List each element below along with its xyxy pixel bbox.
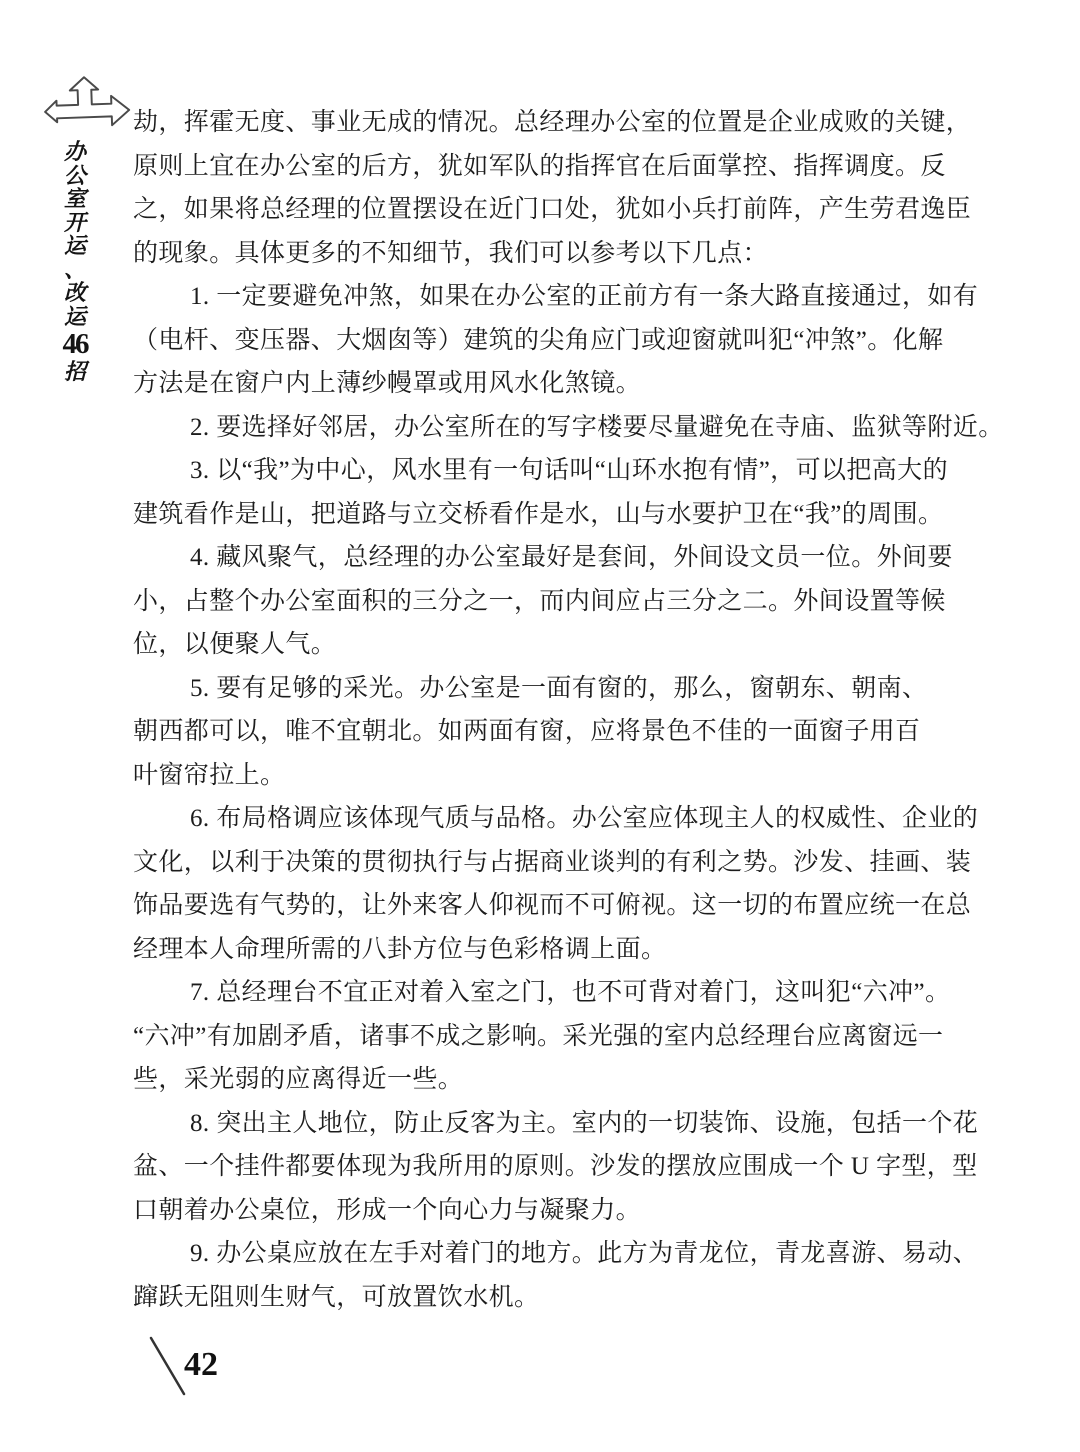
intro-paragraph: 劫，挥霍无度、事业无成的情况。总经理办公室的位置是企业成败的关键，原则上宜在办公… (133, 101, 973, 275)
vchar: 运 (64, 235, 86, 258)
text-line: 原则上宜在办公室的后方，犹如军队的指挥官在后面掌控、指挥调度。反 (133, 145, 973, 189)
text-line: 劫，挥霍无度、事业无成的情况。总经理办公室的位置是企业成败的关键， (133, 101, 973, 145)
text-line: 经理本人命理所需的八卦方位与色彩格调上面。 (133, 928, 973, 972)
vchar: 、 (64, 259, 86, 282)
list-item-3: 3. 以“我”为中心，风水里有一句话叫“山环水抱有情”，可以把高大的建筑看作是山… (133, 449, 973, 536)
text-line: 口朝着办公桌位，形成一个向心力与凝聚力。 (133, 1189, 973, 1233)
list-item-2: 2. 要选择好邻居，办公室所在的写字楼要尽量避免在寺庙、监狱等附近。 (133, 406, 973, 450)
list-item-4: 4. 藏风聚气，总经理的办公室最好是套间，外间设文员一位。外间要小，占整个办公室… (133, 536, 973, 667)
text-line: 1. 一定要避免冲煞，如果在办公室的正前方有一条大路直接通过，如有 (133, 275, 973, 319)
vchar: 公 (64, 165, 86, 188)
text-line: 之，如果将总经理的位置摆设在近门口处，犹如小兵打前阵，产生劳君逸臣 (133, 188, 973, 232)
text-line: 3. 以“我”为中心，风水里有一句话叫“山环水抱有情”，可以把高大的 (133, 449, 973, 493)
text-line: 饰品要选有气势的，让外来客人仰视而不可俯视。这一切的布置应统一在总 (133, 884, 973, 928)
text-line: 方法是在窗户内上薄纱幔罩或用风水化煞镜。 (133, 362, 973, 406)
vchar: 46 (63, 329, 88, 360)
text-line: 文化，以利于决策的贯彻执行与占据商业谈判的有利之势。沙发、挂画、装 (133, 841, 973, 885)
three-way-arrow-icon (43, 75, 131, 139)
list-item-9: 9. 办公桌应放在左手对着门的地方。此方为青龙位，青龙喜游、易动、蹿跃无阻则生财… (133, 1232, 973, 1319)
list-item-5: 5. 要有足够的采光。办公室是一面有窗的，那么，窗朝东、朝南、朝西都可以，唯不宜… (133, 667, 973, 798)
text-line: 位，以便聚人气。 (133, 623, 973, 667)
vchar: 招 (64, 361, 86, 384)
page-number: 42 (184, 1346, 218, 1384)
text-line: 蹿跃无阻则生财气，可放置饮水机。 (133, 1276, 973, 1320)
text-line: 些，采光弱的应离得近一些。 (133, 1058, 973, 1102)
vchar: 办 (64, 141, 86, 164)
vchar: 室 (64, 188, 86, 211)
text-line: 2. 要选择好邻居，办公室所在的写字楼要尽量避免在寺庙、监狱等附近。 (133, 406, 973, 450)
text-line: 8. 突出主人地位，防止反客为主。室内的一切装饰、设施，包括一个花 (133, 1102, 973, 1146)
text-line: “六冲”有加剧矛盾，诸事不成之影响。采光强的室内总经理台应离窗远一 (133, 1015, 973, 1059)
text-line: 7. 总经理台不宜正对着入室之门，也不可背对着门，这叫犯“六冲”。 (133, 971, 973, 1015)
book-title-vertical: 办公室开运、改运46招 (50, 141, 100, 384)
vchar: 开 (64, 212, 86, 235)
text-line: 朝西都可以，唯不宜朝北。如两面有窗，应将景色不佳的一面窗子用百 (133, 710, 973, 754)
list-item-7: 7. 总经理台不宜正对着入室之门，也不可背对着门，这叫犯“六冲”。“六冲”有加剧… (133, 971, 973, 1102)
list-item-8: 8. 突出主人地位，防止反客为主。室内的一切装饰、设施，包括一个花盆、一个挂件都… (133, 1102, 973, 1233)
text-line: 叶窗帘拉上。 (133, 754, 973, 798)
text-line: （电杆、变压器、大烟囱等）建筑的尖角应门或迎窗就叫犯“冲煞”。化解 (133, 319, 973, 363)
text-line: 5. 要有足够的采光。办公室是一面有窗的，那么，窗朝东、朝南、 (133, 667, 973, 711)
page-number-slash (147, 1334, 187, 1398)
vchar: 运 (64, 306, 86, 329)
list-item-6: 6. 布局格调应该体现气质与品格。办公室应体现主人的权威性、企业的文化，以利于决… (133, 797, 973, 971)
scanned-book-page: 办公室开运、改运46招 劫，挥霍无度、事业无成的情况。总经理办公室的位置是企业成… (0, 0, 1080, 1452)
list-item-1: 1. 一定要避免冲煞，如果在办公室的正前方有一条大路直接通过，如有（电杆、变压器… (133, 275, 973, 406)
page-text-block: 劫，挥霍无度、事业无成的情况。总经理办公室的位置是企业成败的关键，原则上宜在办公… (133, 101, 973, 1319)
text-line: 盆、一个挂件都要体现为我所用的原则。沙发的摆放应围成一个 U 字型，型 (133, 1145, 973, 1189)
text-line: 4. 藏风聚气，总经理的办公室最好是套间，外间设文员一位。外间要 (133, 536, 973, 580)
text-line: 小，占整个办公室面积的三分之一，而内间应占三分之二。外间设置等候 (133, 580, 973, 624)
vchar: 改 (64, 282, 86, 305)
text-line: 建筑看作是山，把道路与立交桥看作是水，山与水要护卫在“我”的周围。 (133, 493, 973, 537)
text-line: 的现象。具体更多的不知细节，我们可以参考以下几点： (133, 232, 973, 276)
text-line: 9. 办公桌应放在左手对着门的地方。此方为青龙位，青龙喜游、易动、 (133, 1232, 973, 1276)
text-line: 6. 布局格调应该体现气质与品格。办公室应体现主人的权威性、企业的 (133, 797, 973, 841)
